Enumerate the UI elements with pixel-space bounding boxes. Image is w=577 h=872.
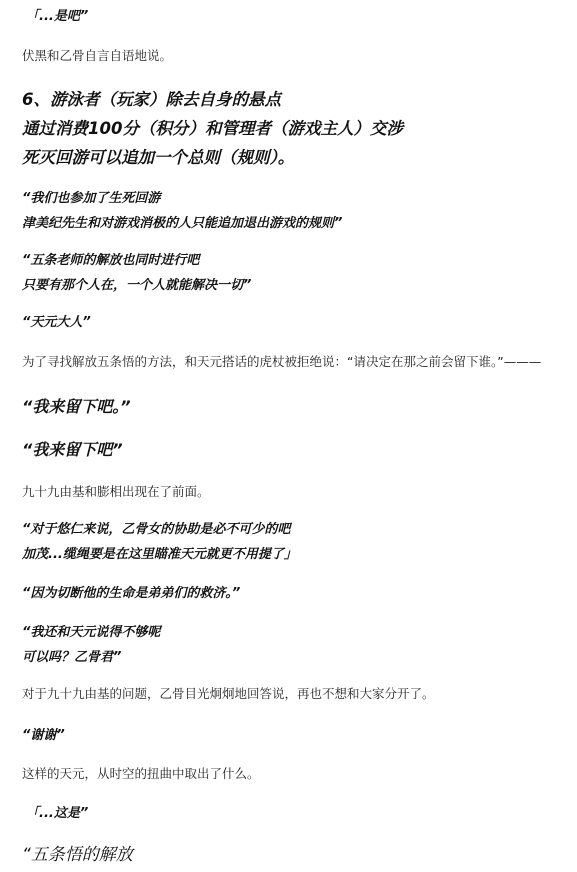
narration-line: 这样的天元，从时空的扭曲中取出了什么。 [22, 764, 260, 784]
quote-line: “天元大人” [22, 310, 91, 335]
narration-paragraph: 这样的天元，从时空的扭曲中取出了什么。 [22, 764, 260, 784]
dialogue-quote: 「...这是” [26, 801, 88, 826]
heading-line: 死灭回游可以追加一个总则（规则）。 [22, 143, 403, 172]
heading-line: 通过消费100分（积分）和管理者（游戏主人）交涉 [22, 114, 403, 143]
dialogue-quote: “因为切断他的生命是弟弟们的救济。” [22, 581, 240, 606]
narration-line: 九十九由基和膨相出现在了前面。 [22, 482, 210, 502]
narration-paragraph: 九十九由基和膨相出现在了前面。 [22, 482, 210, 502]
dialogue-quote: “对于悠仁来说，乙骨女的协助是必不可少的吧 加茂...缆绳要是在这里瞄准天元就更… [22, 517, 297, 567]
dialogue-quote-large: “我来留下吧” [22, 438, 123, 462]
quote-line: 津美纪先生和对游戏消极的人只能追加退出游戏的规则” [22, 211, 342, 236]
quote-line: “我来留下吧。” [22, 395, 131, 419]
dialogue-quote: “谢谢” [22, 723, 65, 748]
narration-paragraph: 为了寻找解放五条悟的方法，和天元搭话的虎杖被拒绝说：“请决定在那之前会留下谁。”… [22, 352, 541, 372]
quote-line: “对于悠仁来说，乙骨女的协助是必不可少的吧 [22, 517, 297, 542]
quote-line: 「...是吧” [26, 4, 88, 29]
dialogue-quote-large: “五条悟的解放 [22, 843, 133, 867]
quote-line: 加茂...缆绳要是在这里瞄准天元就更不用提了」 [22, 542, 297, 567]
quote-line: “五条悟的解放 [22, 843, 133, 867]
quote-line: “因为切断他的生命是弟弟们的救济。” [22, 581, 240, 606]
quote-line: “我们也参加了生死回游 [22, 186, 342, 211]
quote-line: “五条老师的解放也同时进行吧 [22, 248, 251, 273]
narration-line: 为了寻找解放五条悟的方法，和天元搭话的虎杖被拒绝说：“请决定在那之前会留下谁。”… [22, 352, 541, 372]
quote-line: 只要有那个人在，一个人就能解决一切” [22, 273, 251, 298]
narration-paragraph: 对于九十九由基的问题，乙骨目光炯炯地回答说，再也不想和大家分开了。 [22, 684, 435, 704]
narration-line: 对于九十九由基的问题，乙骨目光炯炯地回答说，再也不想和大家分开了。 [22, 684, 435, 704]
dialogue-quote: “我们也参加了生死回游 津美纪先生和对游戏消极的人只能追加退出游戏的规则” [22, 186, 342, 236]
rule-heading: 6、游泳者（玩家）除去自身的悬点 通过消费100分（积分）和管理者（游戏主人）交… [22, 85, 403, 172]
quote-line: 可以吗？乙骨君” [22, 645, 160, 670]
dialogue-quote: “我还和天元说得不够呢 可以吗？乙骨君” [22, 620, 160, 670]
dialogue-quote-large: “我来留下吧。” [22, 395, 131, 419]
dialogue-quote: “五条老师的解放也同时进行吧 只要有那个人在，一个人就能解决一切” [22, 248, 251, 298]
dialogue-quote: 「...是吧” [26, 4, 88, 29]
narration-line: 伏黑和乙骨自言自语地说。 [22, 46, 172, 66]
dialogue-quote: “天元大人” [22, 310, 91, 335]
narration-paragraph: 伏黑和乙骨自言自语地说。 [22, 46, 172, 66]
quote-line: “我来留下吧” [22, 438, 123, 462]
quote-line: 「...这是” [26, 801, 88, 826]
quote-line: “我还和天元说得不够呢 [22, 620, 160, 645]
quote-line: “谢谢” [22, 723, 65, 748]
heading-line: 6、游泳者（玩家）除去自身的悬点 [22, 85, 403, 114]
